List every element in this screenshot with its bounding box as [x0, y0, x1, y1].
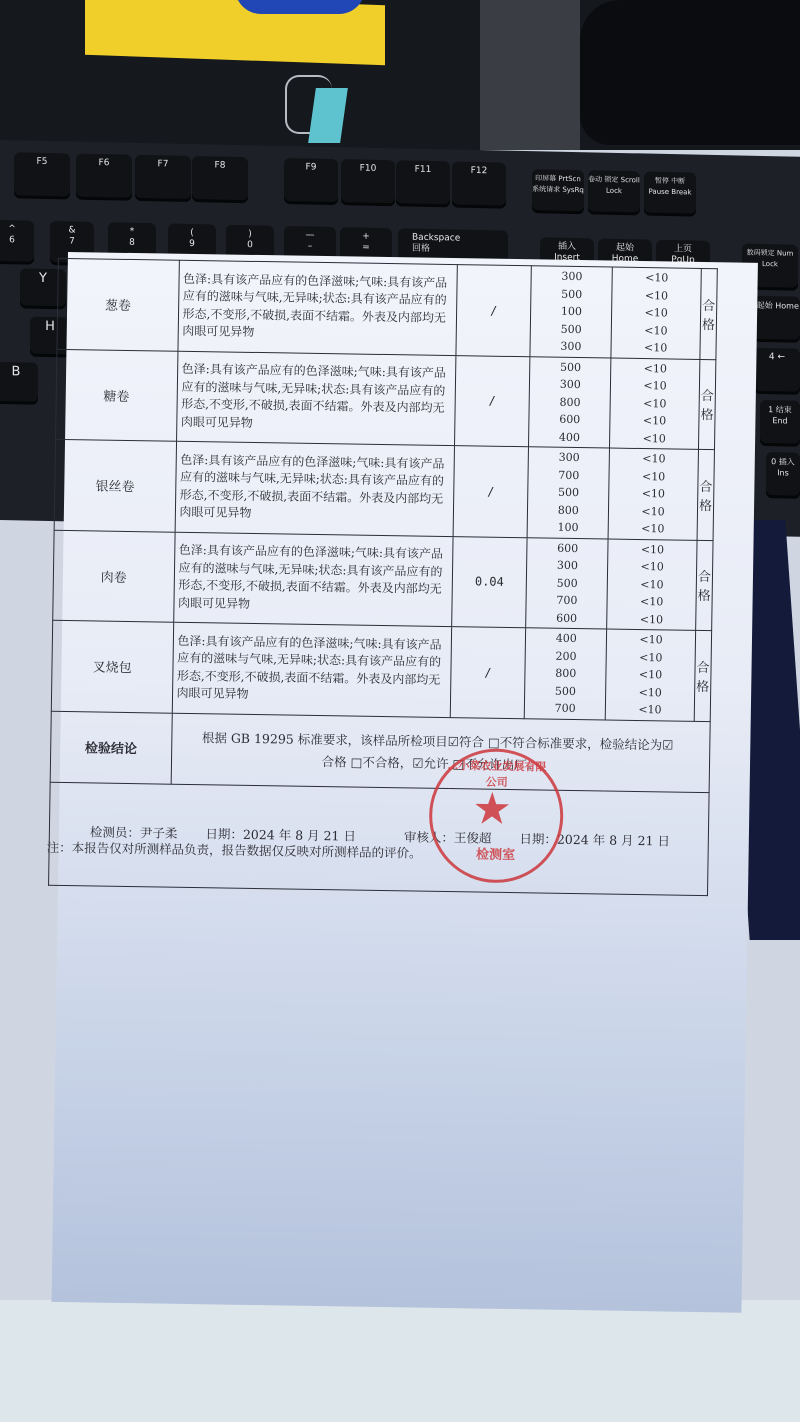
count-value: 200 — [527, 647, 605, 666]
count-value: 600 — [531, 410, 609, 429]
key-f9[interactable]: F9 — [284, 158, 338, 205]
item-counts: 300700500800100 — [527, 447, 609, 539]
item-description: 色泽:具有该产品应有的色泽滋味;气味:具有该产品应有的滋味与气味,无异味;状态:… — [175, 441, 454, 536]
limit-value: <10 — [612, 394, 698, 413]
count-value: 300 — [532, 337, 610, 356]
limit-value: <10 — [611, 467, 697, 486]
stamp-dept-text: 检测室 — [445, 843, 545, 864]
item-limits: <10<10<10<10<10 — [610, 358, 700, 450]
key-pause[interactable]: 暂停 中断 Pause Break — [644, 171, 696, 216]
key-f6[interactable]: F6 — [76, 154, 132, 201]
limit-value: <10 — [607, 683, 693, 702]
item-counts: 300500100500300 — [530, 266, 612, 358]
key-numpad-1[interactable]: 1 结束 End — [760, 400, 800, 447]
count-value: 300 — [531, 375, 609, 394]
key-8-main: 8 — [108, 237, 156, 249]
count-value: 400 — [530, 428, 608, 447]
item-limits: <10<10<10<10<10 — [608, 448, 698, 540]
box-logo — [235, 0, 365, 14]
count-value: 400 — [527, 629, 605, 648]
key-6-main: 6 — [0, 235, 34, 247]
key-f7[interactable]: F7 — [135, 155, 191, 202]
dark-object — [580, 0, 800, 145]
count-value: 300 — [528, 556, 606, 575]
count-value: 300 — [533, 267, 611, 286]
item-counts: 500300800600400 — [529, 356, 611, 448]
limit-value: <10 — [608, 610, 694, 629]
count-value: 600 — [528, 609, 606, 628]
paper-underneath — [0, 1300, 800, 1422]
reviewer-date-value: 2024 年 8 月 21 日 — [557, 831, 670, 848]
conclusion-label: 检验结论 — [50, 711, 172, 784]
limit-value: <10 — [609, 540, 695, 559]
limit-value: <10 — [613, 286, 699, 305]
limit-value: <10 — [611, 429, 697, 448]
count-value: 800 — [531, 393, 609, 412]
report-table: 葱卷色泽:具有该产品应有的色泽滋味;气味:具有该产品应有的滋味与气味,无异味;状… — [48, 258, 718, 896]
table-row: 葱卷色泽:具有该产品应有的色泽滋味;气味:具有该产品应有的滋味与气味,无异味;状… — [57, 258, 717, 359]
item-counts: 400200800500700 — [525, 628, 607, 720]
official-stamp: …小菜农业发展有限公司 ★ 检测室 — [428, 748, 564, 884]
count-value: 700 — [526, 699, 604, 718]
key-6[interactable]: ^ 6 — [0, 220, 34, 265]
table-row: 叉烧包色泽:具有该产品应有的色泽滋味;气味:具有该产品应有的滋味与气味,无异味;… — [51, 620, 711, 721]
item-value: 0.04 — [451, 536, 527, 628]
item-result: 合格 — [698, 359, 715, 450]
item-value: / — [456, 265, 532, 357]
count-value: 600 — [529, 539, 607, 558]
key-f11[interactable]: F11 — [396, 160, 450, 207]
count-value: 100 — [532, 302, 610, 321]
count-value: 800 — [529, 501, 607, 520]
count-value: 800 — [527, 664, 605, 683]
key-f5[interactable]: F5 — [14, 152, 70, 199]
limit-value: <10 — [611, 412, 697, 431]
item-name: 叉烧包 — [51, 620, 173, 712]
limit-value: <10 — [610, 502, 696, 521]
wall-background — [480, 0, 580, 150]
table-row: 糖卷色泽:具有该产品应有的色泽滋味;气味:具有该产品应有的滋味与气味,无异味;状… — [56, 349, 716, 450]
item-description: 色泽:具有该产品应有的色泽滋味;气味:具有该产品应有的滋味与气味,无异味;状态:… — [176, 351, 455, 446]
item-value: / — [450, 627, 526, 719]
item-name: 肉卷 — [53, 530, 175, 622]
key-7-main: 7 — [50, 236, 94, 248]
key-f10[interactable]: F10 — [341, 159, 395, 206]
item-description: 色泽:具有该产品应有的色泽滋味;气味:具有该产品应有的滋味与气味,无异味;状态:… — [172, 622, 451, 717]
limit-value: <10 — [607, 701, 693, 720]
item-counts: 600300500700600 — [526, 537, 608, 629]
limit-value: <10 — [613, 339, 699, 358]
key-0-main: 0 — [226, 240, 274, 252]
item-limits: <10<10<10<10<10 — [611, 267, 701, 359]
count-value: 500 — [526, 682, 604, 701]
count-value: 300 — [530, 448, 608, 467]
item-name: 糖卷 — [56, 349, 178, 441]
limit-value: <10 — [609, 558, 695, 577]
limit-value: <10 — [608, 631, 694, 650]
limit-value: <10 — [612, 377, 698, 396]
key-6-shift: ^ — [0, 224, 34, 236]
item-result: 合格 — [700, 268, 717, 359]
item-description: 色泽:具有该产品应有的色泽滋味;气味:具有该产品应有的滋味与气味,无异味;状态:… — [173, 532, 452, 627]
inspector-name: 尹子柔 — [140, 825, 178, 841]
limit-value: <10 — [613, 321, 699, 340]
item-result: 合格 — [694, 630, 711, 721]
limit-value: <10 — [610, 485, 696, 504]
limit-value: <10 — [608, 648, 694, 667]
key-f8[interactable]: F8 — [192, 156, 248, 203]
count-value: 500 — [528, 574, 606, 593]
limit-value: <10 — [613, 304, 699, 323]
count-value: 700 — [530, 466, 608, 485]
item-value: / — [453, 446, 529, 538]
count-value: 700 — [528, 591, 606, 610]
star-icon: ★ — [472, 787, 512, 832]
key-scroll-lock[interactable]: 卷动 锁定 Scroll Lock — [588, 170, 640, 215]
inspector-label: 检测员： — [90, 824, 140, 840]
limit-value: <10 — [609, 593, 695, 612]
count-value: 100 — [529, 518, 607, 537]
count-value: 500 — [532, 358, 610, 377]
key-numpad-4[interactable]: 4 ← — [754, 348, 800, 395]
key-backspace-zh: 回格 — [412, 244, 508, 257]
limit-value: <10 — [607, 666, 693, 685]
inspector-date-label: 日期： — [205, 826, 243, 842]
inspection-report: 葱卷色泽:具有该产品应有的色泽滋味;气味:具有该产品应有的滋味与气味,无异味;状… — [52, 252, 758, 1313]
key-numpad-0[interactable]: 0 插入 Ins — [766, 452, 800, 499]
limit-value: <10 — [611, 450, 697, 469]
key-9-main: 9 — [168, 239, 216, 251]
table-row: 银丝卷色泽:具有该产品应有的色泽滋味;气味:具有该产品应有的滋味与气味,无异味;… — [54, 439, 714, 540]
item-name: 葱卷 — [57, 258, 179, 350]
key-7-shift: & — [50, 225, 94, 237]
limit-value: <10 — [612, 359, 698, 378]
count-value: 500 — [530, 483, 608, 502]
key-prtscn[interactable]: 印屏幕 PrtScn 系统请求 SysRq — [532, 169, 584, 214]
count-value: 500 — [533, 285, 611, 304]
item-description: 色泽:具有该产品应有的色泽滋味;气味:具有该产品应有的滋味与气味,无异味;状态:… — [177, 260, 456, 355]
item-name: 银丝卷 — [54, 439, 176, 531]
count-value: 500 — [532, 320, 610, 339]
item-limits: <10<10<10<10<10 — [607, 539, 697, 631]
limit-value: <10 — [609, 575, 695, 594]
table-row: 肉卷色泽:具有该产品应有的色泽滋味;气味:具有该产品应有的滋味与气味,无异味;状… — [53, 530, 713, 631]
key-minus-main: – — [284, 241, 336, 253]
item-limits: <10<10<10<10<10 — [605, 629, 695, 721]
item-result: 合格 — [696, 540, 713, 631]
limit-value: <10 — [614, 269, 700, 288]
key-f12[interactable]: F12 — [452, 161, 506, 208]
item-value: / — [454, 355, 530, 447]
conclusion-row: 检验结论 根据 GB 19295 标准要求，该样品所检项目☑符合 □不符合标准要… — [50, 711, 710, 792]
limit-value: <10 — [610, 520, 696, 539]
key-b[interactable]: B — [0, 362, 38, 405]
item-result: 合格 — [697, 449, 714, 540]
key-equals-main: = — [340, 242, 392, 254]
